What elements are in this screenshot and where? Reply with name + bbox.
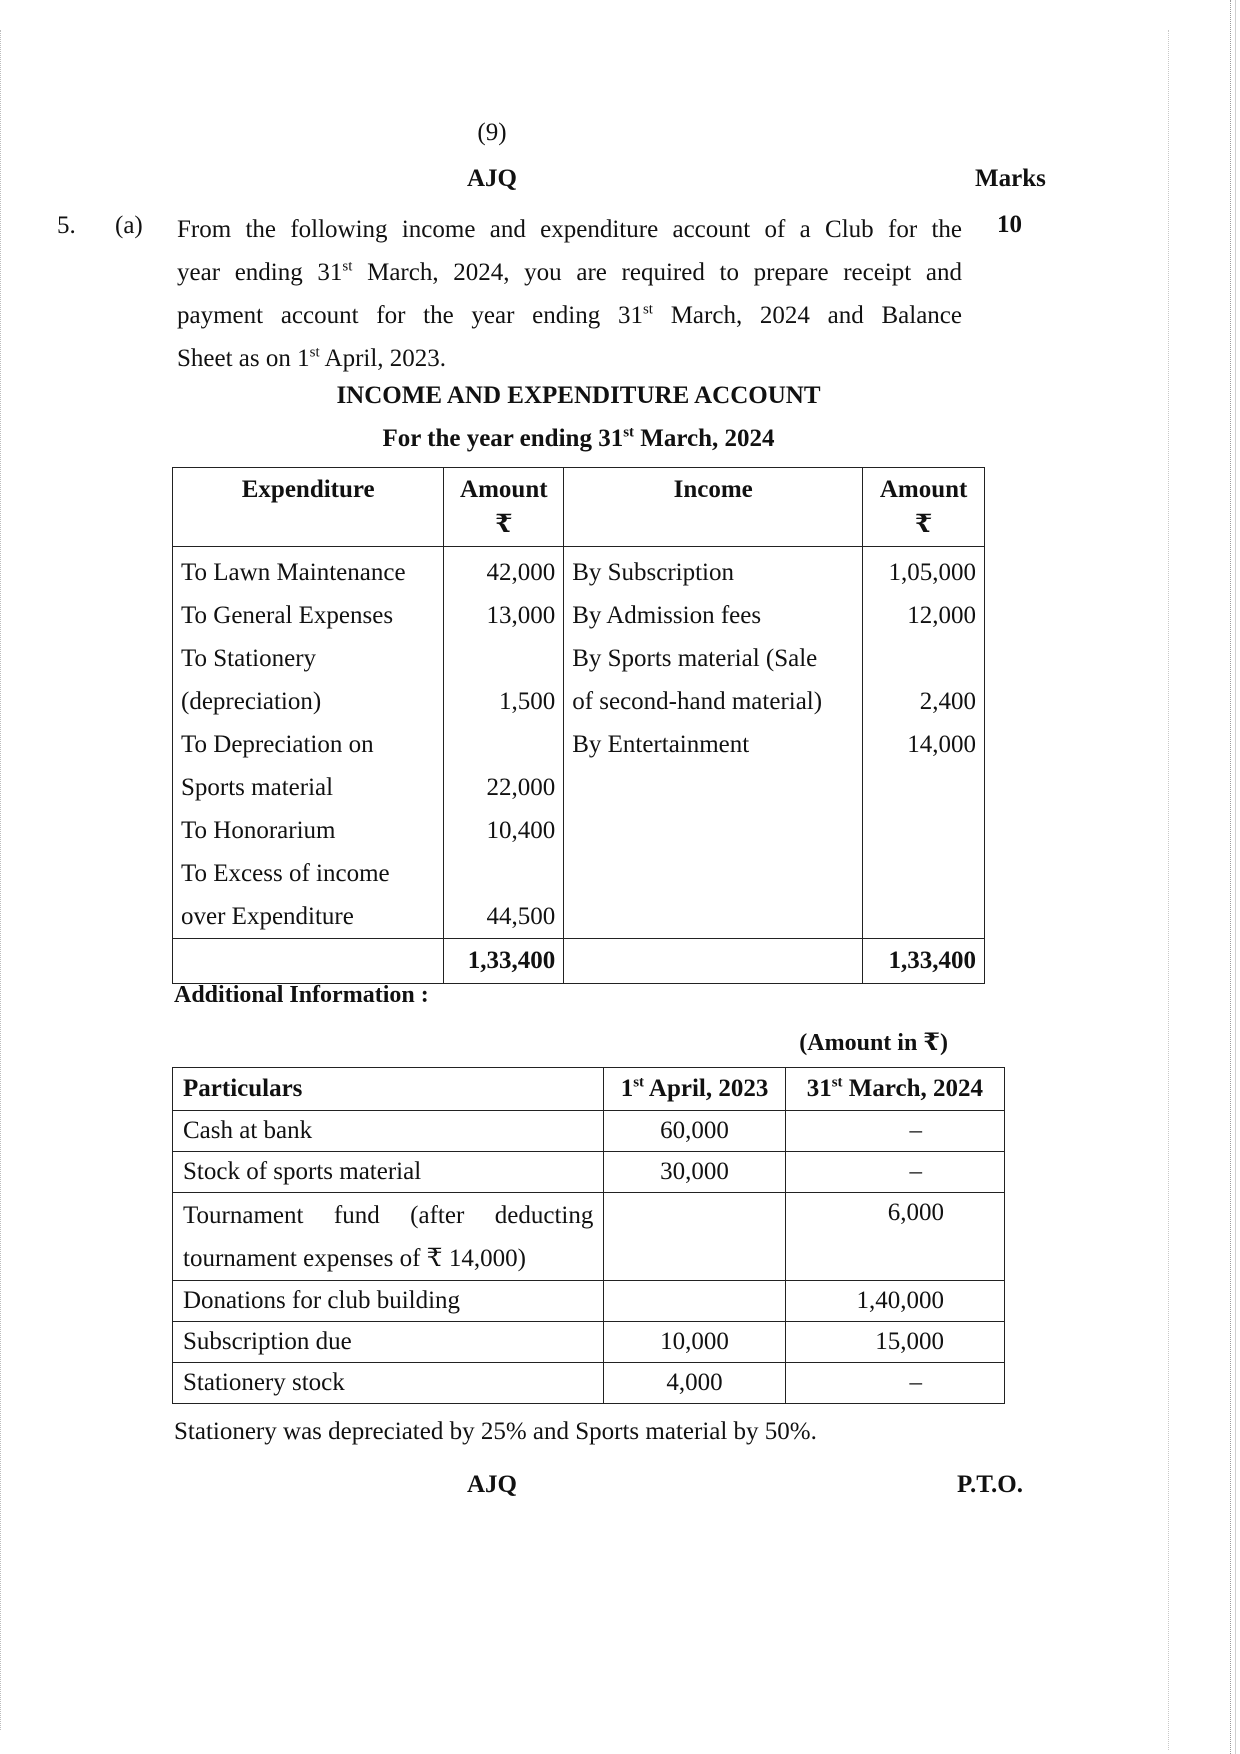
table-row: (depreciation)1,500of second-hand materi… (173, 680, 985, 723)
table-row: Donations for club building 1,40,000 (173, 1281, 1005, 1322)
expenditure-item: To General Expenses (173, 594, 444, 637)
col-header-particulars: Particulars (173, 1068, 604, 1111)
rupee-icon: ₹ (863, 508, 985, 547)
income-amount (863, 637, 985, 680)
amount-unit-note: (Amount in ₹) (770, 1027, 948, 1057)
expenditure-item: (depreciation) (173, 680, 444, 723)
income-item: By Entertainment (564, 723, 863, 766)
col-header-april-2023: 1st April, 2023 (604, 1068, 785, 1111)
table-row: Subscription due 10,000 15,000 (173, 1322, 1005, 1363)
question-line: year ending 31st March, 2024, you are re… (177, 251, 962, 294)
value-march-2024: 1,40,000 (785, 1281, 1004, 1322)
table-row: To Lawn Maintenance42,000By Subscription… (173, 547, 985, 595)
question-line: From the following income and expenditur… (177, 208, 962, 251)
particular: Stationery stock (173, 1363, 604, 1404)
value-april-2023 (604, 1281, 785, 1322)
value-march-2024: 15,000 (785, 1322, 1004, 1363)
income-amount (863, 766, 985, 809)
col-header-march-2024: 31st March, 2024 (785, 1068, 1004, 1111)
expenditure-amount: 10,400 (444, 809, 564, 852)
income-item (564, 766, 863, 809)
account-title: INCOME AND EXPENDITURE ACCOUNT (172, 382, 985, 410)
income-item: By Admission fees (564, 594, 863, 637)
rupee-icon: ₹ (444, 508, 564, 547)
scan-margin-line (1168, 30, 1170, 1750)
expenditure-item: To Stationery (173, 637, 444, 680)
blank-cell (173, 508, 444, 547)
income-amount (863, 852, 985, 895)
please-turn-over: P.T.O. (957, 1470, 1023, 1500)
income-item (564, 895, 863, 939)
col-header-amount: Amount (444, 468, 564, 509)
value-april-2023: 30,000 (604, 1152, 785, 1193)
question-part: (a) (115, 211, 143, 241)
depreciation-note: Stationery was depreciated by 25% and Sp… (174, 1418, 817, 1446)
question-line: payment account for the year ending 31st… (177, 294, 962, 337)
col-header-amount: Amount (863, 468, 985, 509)
expenditure-item: Sports material (173, 766, 444, 809)
scan-left-edge (0, 30, 4, 1730)
expenditure-amount (444, 723, 564, 766)
table-row: Cash at bank 60,000 – (173, 1111, 1005, 1152)
expenditure-amount (444, 637, 564, 680)
expenditure-amount: 1,500 (444, 680, 564, 723)
expenditure-amount (444, 852, 564, 895)
particular: Tournament fund (after deducting tournam… (173, 1193, 604, 1281)
table-row: To StationeryBy Sports material (Sale (173, 637, 985, 680)
question-marks: 10 (997, 210, 1022, 240)
income-amount: 14,000 (863, 723, 985, 766)
table-row: Tournament fund (after deducting tournam… (173, 1193, 1005, 1281)
expenditure-item: To Excess of income (173, 852, 444, 895)
income-amount: 12,000 (863, 594, 985, 637)
account-subtitle: For the year ending 31st March, 2024 (172, 425, 985, 453)
expenditure-amount: 42,000 (444, 547, 564, 595)
income-item: By Sports material (Sale (564, 637, 863, 680)
total-income: 1,33,400 (863, 939, 985, 984)
col-header-income: Income (564, 468, 863, 509)
table-row: To General Expenses13,000By Admission fe… (173, 594, 985, 637)
expenditure-item: To Lawn Maintenance (173, 547, 444, 595)
particular: Stock of sports material (173, 1152, 604, 1193)
table-row: over Expenditure44,500 (173, 895, 985, 939)
table-row: To Excess of income (173, 852, 985, 895)
value-march-2024: – (785, 1363, 1004, 1404)
expenditure-item: To Honorarium (173, 809, 444, 852)
paper-code-top: AJQ (442, 164, 542, 194)
income-amount: 2,400 (863, 680, 985, 723)
income-amount (863, 809, 985, 852)
income-amount (863, 895, 985, 939)
table-row: Stock of sports material 30,000 – (173, 1152, 1005, 1193)
expenditure-amount: 22,000 (444, 766, 564, 809)
blank-cell (173, 939, 444, 984)
particular: Subscription due (173, 1322, 604, 1363)
table-row: Sports material22,000 (173, 766, 985, 809)
marks-label: Marks (975, 164, 1046, 194)
total-expenditure: 1,33,400 (444, 939, 564, 984)
table-row: To Depreciation onBy Entertainment14,000 (173, 723, 985, 766)
value-march-2024: – (785, 1111, 1004, 1152)
table-row: Stationery stock 4,000 – (173, 1363, 1005, 1404)
value-march-2024: 6,000 (785, 1193, 1004, 1281)
blank-cell (564, 508, 863, 547)
page-number: (9) (442, 118, 542, 148)
table-header-row: Particulars 1st April, 2023 31st March, … (173, 1068, 1005, 1111)
scan-right-edge (1230, 0, 1236, 1754)
question-line: Sheet as on 1st April, 2023. (177, 337, 962, 380)
income-item: of second-hand material) (564, 680, 863, 723)
total-row: 1,33,400 1,33,400 (173, 939, 985, 984)
question-text: From the following income and expenditur… (177, 208, 962, 380)
expenditure-item: over Expenditure (173, 895, 444, 939)
particular: Cash at bank (173, 1111, 604, 1152)
particular: Donations for club building (173, 1281, 604, 1322)
value-march-2024: – (785, 1152, 1004, 1193)
expenditure-item: To Depreciation on (173, 723, 444, 766)
table-header-row: Expenditure Amount Income Amount (173, 468, 985, 509)
income-item (564, 852, 863, 895)
table-row: To Honorarium10,400 (173, 809, 985, 852)
expenditure-amount: 13,000 (444, 594, 564, 637)
expenditure-amount: 44,500 (444, 895, 564, 939)
additional-info-table: Particulars 1st April, 2023 31st March, … (172, 1067, 1005, 1404)
additional-info-heading: Additional Information : (174, 982, 429, 1009)
income-item: By Subscription (564, 547, 863, 595)
question-number: 5. (57, 211, 76, 241)
income-expenditure-table: Expenditure Amount Income Amount ₹ ₹ To … (172, 467, 985, 984)
currency-row: ₹ ₹ (173, 508, 985, 547)
paper-code-bottom: AJQ (442, 1470, 542, 1500)
income-amount: 1,05,000 (863, 547, 985, 595)
income-item (564, 809, 863, 852)
blank-cell (564, 939, 863, 984)
value-april-2023 (604, 1193, 785, 1281)
value-april-2023: 4,000 (604, 1363, 785, 1404)
col-header-expenditure: Expenditure (173, 468, 444, 509)
value-april-2023: 10,000 (604, 1322, 785, 1363)
value-april-2023: 60,000 (604, 1111, 785, 1152)
